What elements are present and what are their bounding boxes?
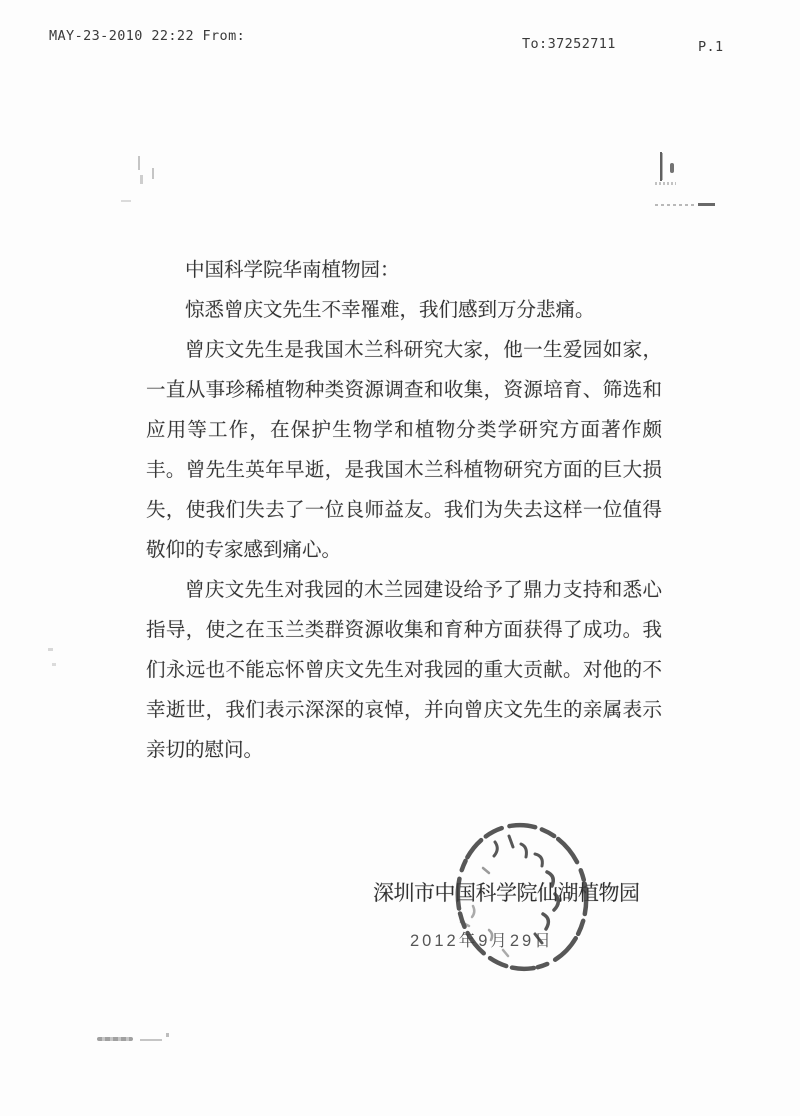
scan-artifact bbox=[138, 156, 140, 170]
letter-paragraph: 惊悉曾庆文先生不幸罹难，我们感到万分悲痛。 bbox=[146, 290, 662, 330]
fax-scanned-letter-page: MAY-23-2010 22:22 From: To:37252711 P.1 … bbox=[0, 0, 800, 1116]
scan-artifact bbox=[140, 175, 143, 184]
scan-artifact bbox=[52, 663, 56, 666]
scan-artifact bbox=[97, 1037, 133, 1041]
scan-artifact bbox=[48, 648, 53, 651]
scan-artifact bbox=[698, 203, 715, 206]
scan-artifact bbox=[655, 204, 697, 206]
letter-paragraph: 曾庆文先生是我国木兰科研究大家，他一生爱园如家，一直从事珍稀植物种类资源调查和收… bbox=[146, 330, 662, 570]
fax-header-to: To:37252711 bbox=[522, 36, 616, 52]
fax-header-from: MAY-23-2010 22:22 From: bbox=[49, 28, 245, 44]
signature-date: 2012年9月29日 bbox=[410, 927, 554, 951]
scan-artifact bbox=[152, 168, 154, 179]
letter-body: 中国科学院华南植物园： 惊悉曾庆文先生不幸罹难，我们感到万分悲痛。 曾庆文先生是… bbox=[146, 250, 662, 770]
scan-artifact bbox=[140, 1039, 162, 1041]
letter-recipient: 中国科学院华南植物园： bbox=[146, 250, 662, 290]
scan-artifact bbox=[662, 153, 663, 180]
scan-artifact bbox=[166, 1033, 169, 1037]
fax-header-page-number: P.1 bbox=[698, 39, 724, 55]
scan-artifact bbox=[655, 182, 676, 185]
scan-artifact bbox=[121, 200, 131, 202]
signature-organization: 深圳市中国科学院仙湖植物园 bbox=[373, 877, 640, 907]
letter-paragraph: 曾庆文先生对我园的木兰园建设给予了鼎力支持和悉心指导，使之在玉兰类群资源收集和育… bbox=[146, 570, 662, 770]
scan-artifact bbox=[670, 163, 674, 173]
